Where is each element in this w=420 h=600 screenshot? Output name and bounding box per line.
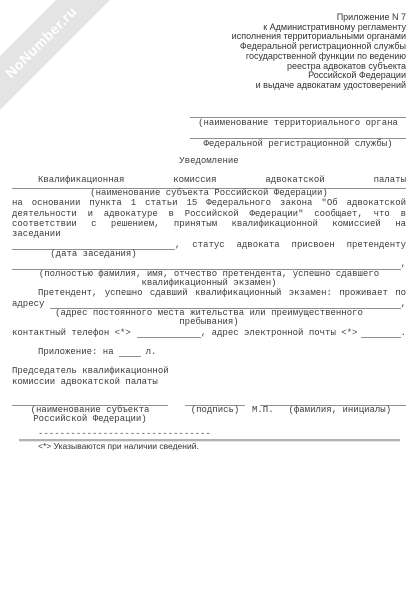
address-label: адресу	[12, 299, 44, 309]
applicant-line: Претендент, успешно сдавший квалификацио…	[12, 288, 406, 298]
status-text: , статус адвоката присвоен претенденту	[175, 240, 406, 250]
contact-period: .	[401, 328, 406, 338]
attachment-row: Приложение: на л.	[12, 347, 406, 357]
seal-label: М.П.	[252, 406, 274, 415]
signer-title-line-2: комиссии адвокатской палаты	[12, 377, 406, 387]
addressee-caption-2: Федеральной регистрационной службы)	[190, 140, 406, 149]
appendix-header-line: и выдаче адвокатам удостоверений	[12, 81, 406, 91]
addressee-block: (наименование территориального органа Фе…	[190, 117, 406, 150]
subject-caption: (наименование субъекта Российской Федера…	[12, 189, 406, 198]
signer-title-line-1: Председатель квалификационной	[12, 366, 406, 376]
phone-label: контактный телефон <*>	[12, 328, 131, 338]
document-title: Уведомление	[12, 156, 406, 166]
footnote-separator: --------------------------------	[12, 430, 406, 439]
body-paragraph-line: соответствии с решением, принятым квалиф…	[12, 219, 406, 240]
attachment-pages-blank	[119, 347, 141, 357]
email-blank	[361, 328, 400, 338]
sig-caption-sign: (подпись)	[185, 406, 245, 415]
contact-row: контактный телефон <*> , адрес электронн…	[12, 328, 406, 338]
name-caption-2: квалификационный экзамен)	[12, 279, 406, 288]
addressee-caption-1: (наименование территориального органа	[190, 119, 406, 128]
body-paragraph-line: деятельности и адвокатуре в Российской Ф…	[12, 209, 406, 219]
name-comma: ,	[401, 259, 406, 269]
commission-line: Квалификационная комиссия адвокатской па…	[12, 175, 406, 185]
appendix-header: Приложение N 7 к Административному регла…	[12, 13, 406, 91]
sig-caption-name: (фамилия, инициалы)	[274, 406, 406, 415]
attachment-suffix: л.	[146, 347, 157, 357]
phone-blank	[137, 328, 201, 338]
document-page: NoNumber.ru Приложение N 7 к Администрат…	[0, 0, 420, 600]
date-caption: (дата заседания)	[12, 250, 175, 259]
body-paragraph-line: на основании пункта 1 статьи 15 Федераль…	[12, 198, 406, 208]
sig-caption-subject-2: Российской Федерации)	[12, 415, 168, 424]
address-comma: ,	[401, 299, 406, 309]
attachment-label: Приложение: на	[38, 347, 114, 357]
address-caption-2: пребывания)	[12, 318, 406, 327]
footnote-text: <*> Указываются при наличии сведений.	[12, 442, 406, 452]
bottom-divider	[19, 439, 400, 442]
email-label: , адрес электронной почты <*>	[201, 328, 358, 338]
